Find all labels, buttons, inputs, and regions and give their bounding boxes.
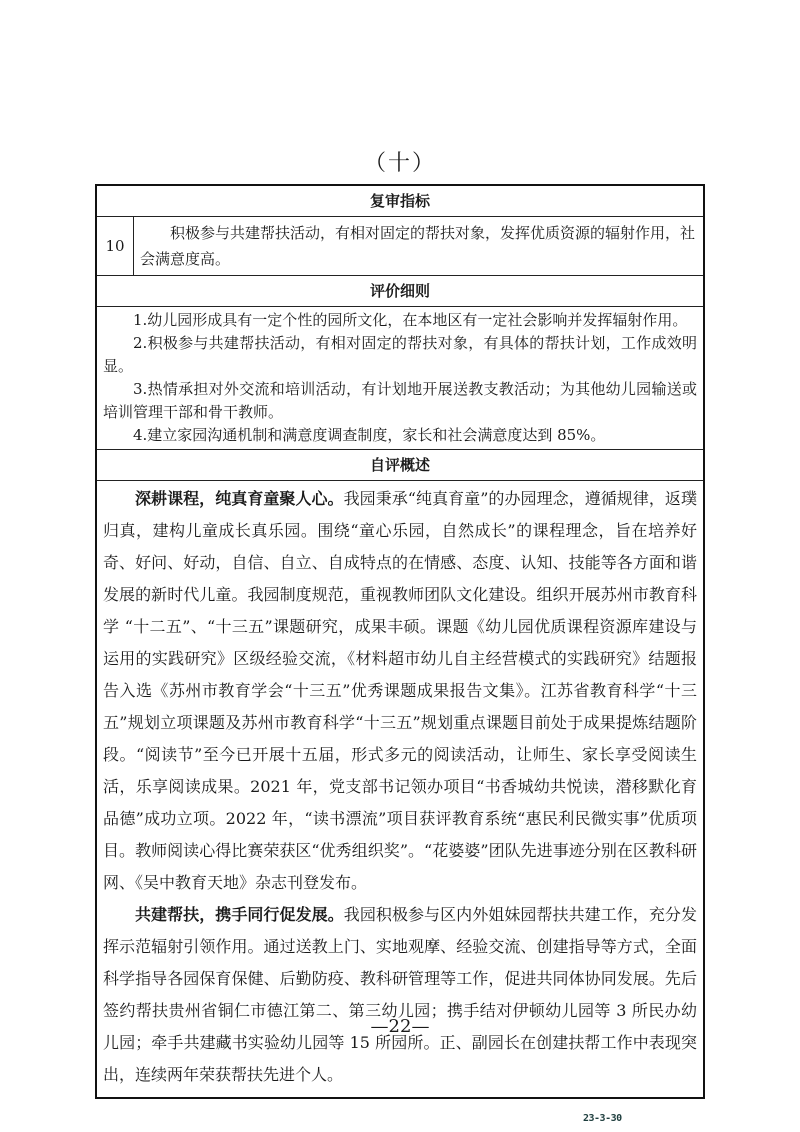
paragraph-lead: 共建帮扶，携手同行促发展。 xyxy=(135,905,344,924)
summary-paragraph: 深耕课程，纯真育童聚人心。我园秉承“纯真育童”的办园理念，遵循规律，返璞归真，建… xyxy=(97,483,703,899)
summary-paragraph: 共建帮扶，携手同行促发展。我园积极参与区内外姐妹园帮扶共建工作，充分发挥示范辐射… xyxy=(97,899,703,1091)
date-stamp: 23-3-30 xyxy=(583,1113,622,1124)
review-table: 复审指标 10 积极参与共建帮扶活动，有相对固定的帮扶对象，发挥优质资源的辐射作… xyxy=(95,184,705,1099)
paragraph-body: 我园秉承“纯真育童”的办园理念，遵循规律，返璞归真，建构儿童成长真乐园。围绕“童… xyxy=(103,489,697,892)
criteria-item: 4.建立家园沟通机制和满意度调查制度，家长和社会满意度达到 85%。 xyxy=(97,424,703,447)
criteria-list: 1.幼儿园形成具有一定个性的园所文化，在本地区有一定社会影响并发挥辐射作用。 2… xyxy=(97,306,703,449)
indicator-text: 积极参与共建帮扶活动，有相对固定的帮扶对象，发挥优质资源的辐射作用，社会满意度高… xyxy=(134,217,703,275)
summary-body: 深耕课程，纯真育童聚人心。我园秉承“纯真育童”的办园理念，遵循规律，返璞归真，建… xyxy=(97,480,703,1097)
review-indicator-header: 复审指标 xyxy=(97,186,703,216)
criteria-item: 2.积极参与共建帮扶活动，有相对固定的帮扶对象，有具体的帮扶计划，工作成效明显。 xyxy=(97,332,703,378)
indicator-row: 10 积极参与共建帮扶活动，有相对固定的帮扶对象，发挥优质资源的辐射作用，社会满… xyxy=(97,216,703,275)
criteria-item: 3.热情承担对外交流和培训活动，有计划地开展送教支教活动；为其他幼儿园输送或培训… xyxy=(97,378,703,424)
section-title: （十） xyxy=(0,146,800,177)
summary-header: 自评概述 xyxy=(97,449,703,480)
criteria-header: 评价细则 xyxy=(97,275,703,306)
criteria-item: 1.幼儿园形成具有一定个性的园所文化，在本地区有一定社会影响并发挥辐射作用。 xyxy=(97,309,703,332)
paragraph-lead: 深耕课程，纯真育童聚人心。 xyxy=(135,489,344,508)
page-number: —22— xyxy=(0,1016,800,1037)
indicator-number: 10 xyxy=(97,217,134,275)
paragraph-body: 我园积极参与区内外姐妹园帮扶共建工作，充分发挥示范辐射引领作用。通过送教上门、实… xyxy=(103,905,697,1084)
